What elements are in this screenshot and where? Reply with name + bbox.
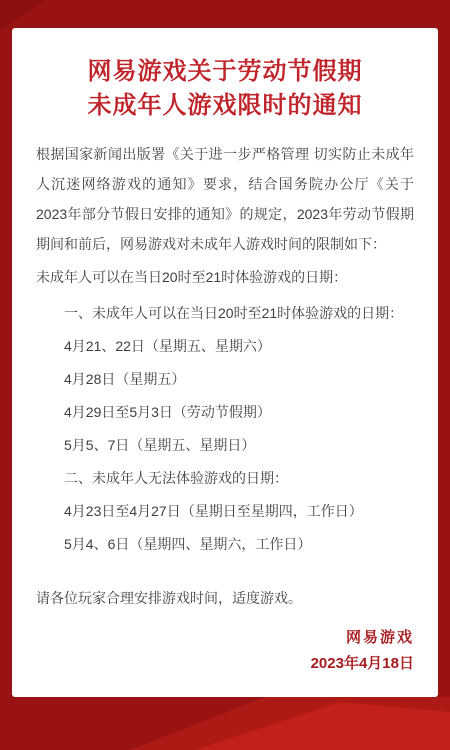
schedule-item: 4月23日至4月27日（星期日至星期四，工作日）	[64, 495, 414, 528]
schedule-item: 4月21、22日（星期五、星期六）	[64, 330, 414, 363]
schedule-item: 4月29日至5月3日（劳动节假期）	[64, 396, 414, 429]
closing-line: 请各位玩家合理安排游戏时间，适度游戏。	[36, 583, 414, 613]
schedule-item: 5月5、7日（星期五、星期日）	[64, 429, 414, 462]
lead-line: 未成年人可以在当日20时至21时体验游戏的日期：	[36, 262, 414, 292]
schedule-item: 4月28日（星期五）	[64, 363, 414, 396]
section-1-heading: 一、未成年人可以在当日20时至21时体验游戏的日期：	[64, 297, 414, 330]
notice-title: 网易游戏关于劳动节假期 未成年人游戏限时的通知	[36, 55, 414, 123]
title-line-2: 未成年人游戏限时的通知	[36, 89, 414, 123]
signature-block: 网易游戏 2023年4月18日	[36, 625, 414, 677]
title-line-1: 网易游戏关于劳动节假期	[36, 55, 414, 89]
section-2-heading: 二、未成年人无法体验游戏的日期：	[64, 462, 414, 495]
signature: 网易游戏	[36, 625, 414, 651]
publish-date: 2023年4月18日	[36, 651, 414, 677]
schedule-item: 5月4、6日（星期四、星期六，工作日）	[64, 528, 414, 561]
intro-paragraph: 根据国家新闻出版署《关于进一步严格管理 切实防止未成年人沉迷网络游戏的通知》要求…	[36, 139, 414, 259]
schedule-list: 一、未成年人可以在当日20时至21时体验游戏的日期： 4月21、22日（星期五、…	[36, 297, 414, 561]
notice-card: 网易游戏关于劳动节假期 未成年人游戏限时的通知 根据国家新闻出版署《关于进一步严…	[12, 28, 438, 697]
page-background: 网易游戏关于劳动节假期 未成年人游戏限时的通知 根据国家新闻出版署《关于进一步严…	[0, 0, 450, 750]
